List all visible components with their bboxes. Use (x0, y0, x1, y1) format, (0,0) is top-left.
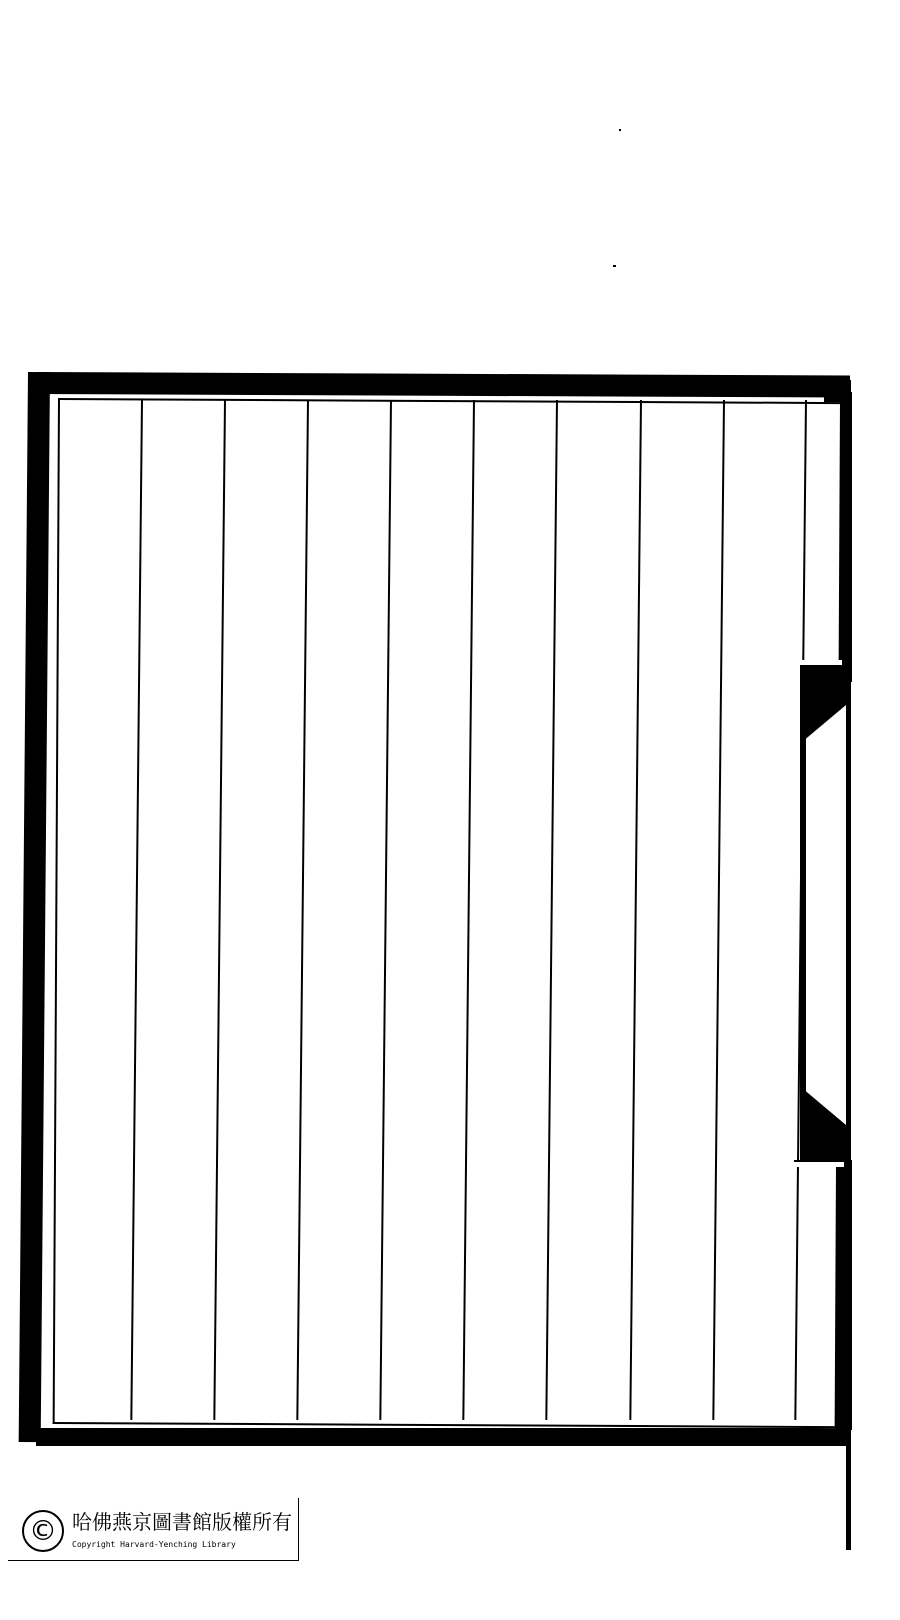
fishtail-notch (806, 705, 846, 1125)
scanned-page: © 哈佛燕京圖書館版權所有 Copyright Harvard-Yenching… (0, 0, 900, 1620)
scan-speck (619, 129, 621, 131)
copyright-english-text: Copyright Harvard-Yenching Library (72, 1540, 236, 1549)
scan-speck (613, 265, 616, 267)
frame-top-border (36, 372, 850, 398)
copyright-icon: © (22, 1510, 64, 1552)
copyright-chinese-text: 哈佛燕京圖書館版權所有 (72, 1506, 292, 1535)
fishtail-bar-bottom (794, 1160, 844, 1167)
fishtail-bar-top (802, 660, 842, 667)
copyright-stamp: © 哈佛燕京圖書館版權所有 Copyright Harvard-Yenching… (8, 1498, 299, 1561)
frame-left-border (19, 372, 50, 1442)
frame-bottom-border (36, 1428, 850, 1446)
